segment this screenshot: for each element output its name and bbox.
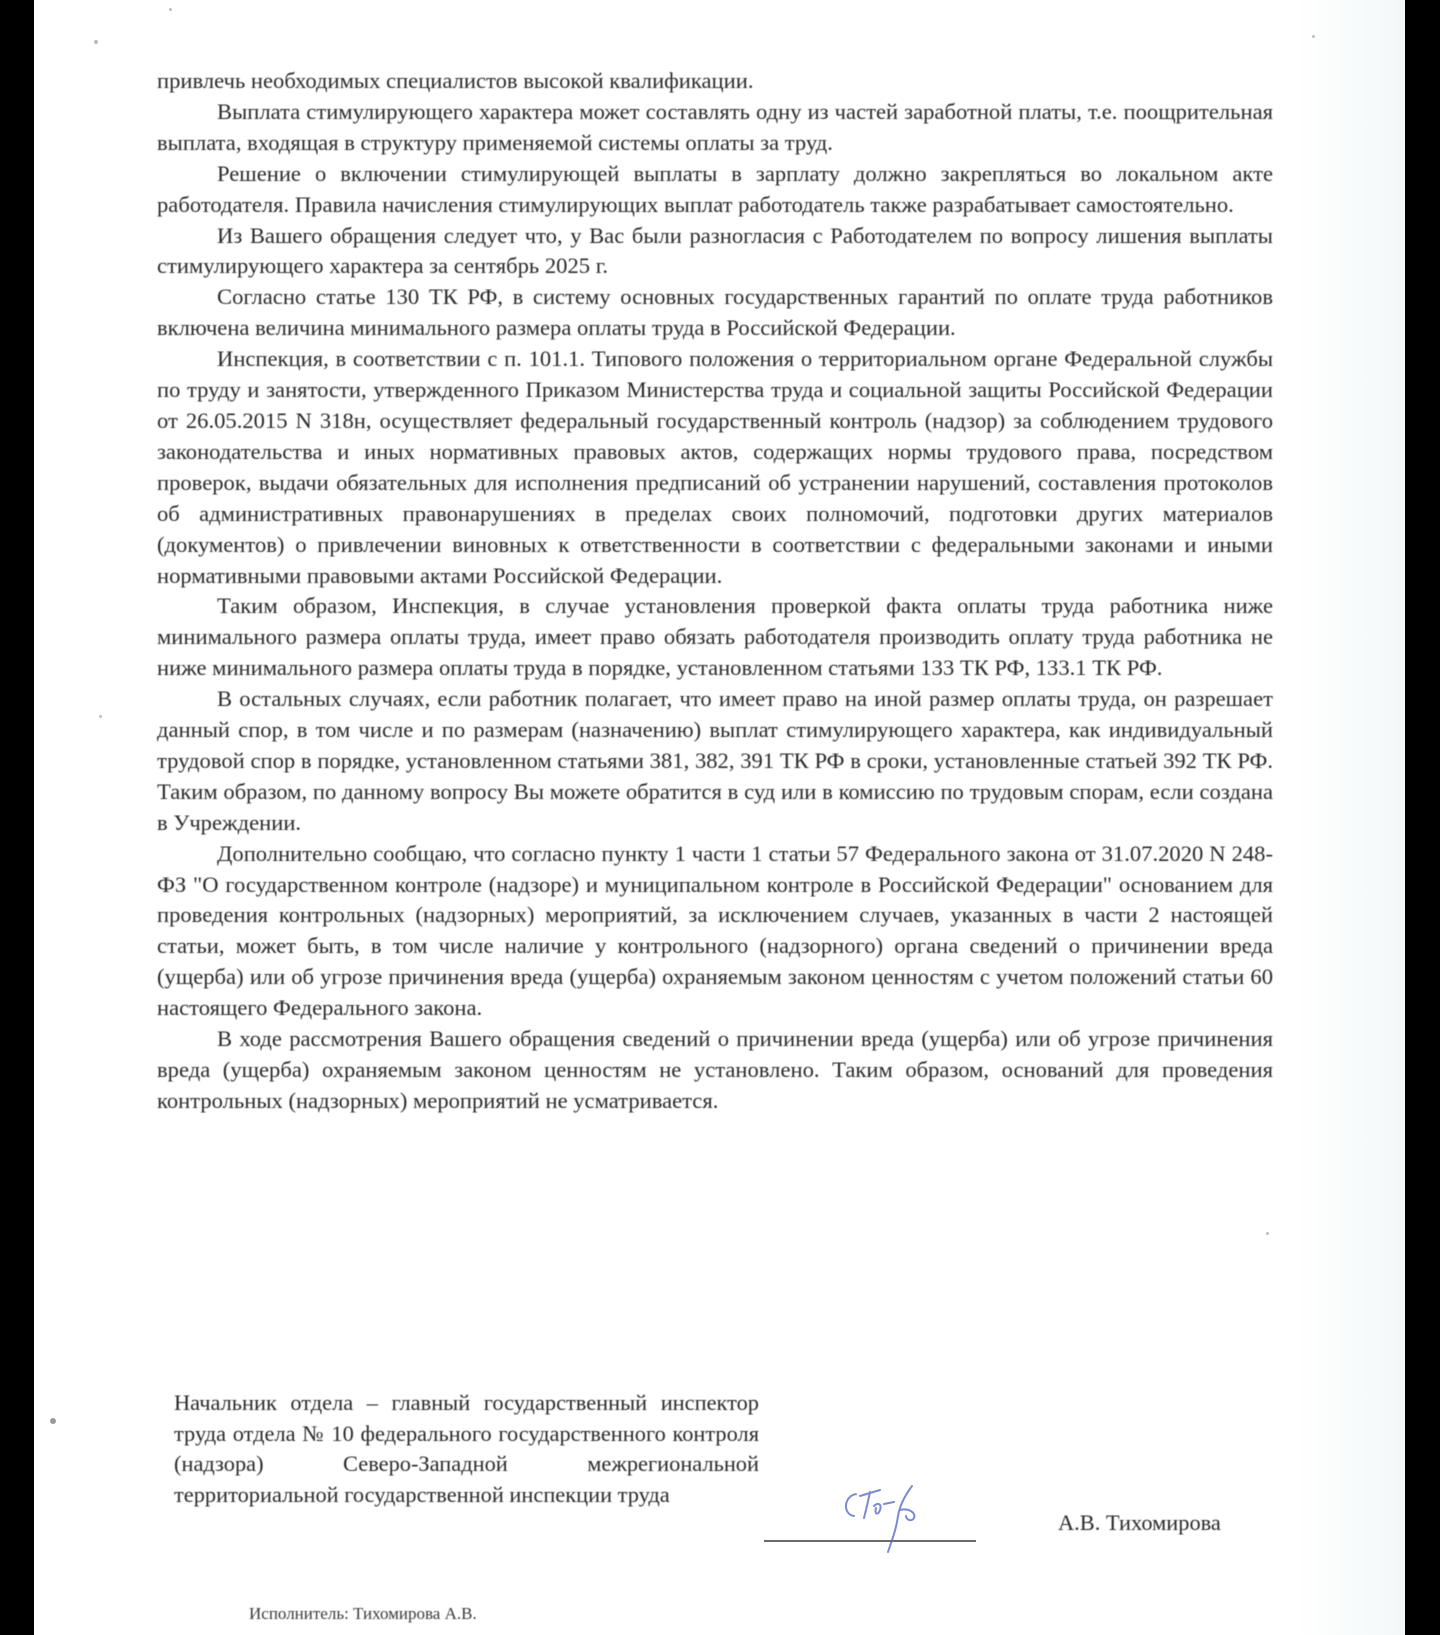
paragraph: привлечь необходимых специалистов высоко… xyxy=(157,66,1273,97)
handwritten-signature-icon xyxy=(834,1480,954,1555)
paragraph: Решение о включении стимулирующей выплат… xyxy=(157,159,1273,221)
executor-note: Исполнитель: Тихомирова А.В. xyxy=(249,1604,477,1624)
paragraph: В ходе рассмотрения Вашего обращения све… xyxy=(157,1024,1273,1117)
paragraph: Инспекция, в соответствии с п. 101.1. Ти… xyxy=(157,344,1273,591)
paragraph: Выплата стимулирующего характера может с… xyxy=(157,97,1273,159)
scan-speck xyxy=(94,40,98,44)
paragraph: В остальных случаях, если работник полаг… xyxy=(157,684,1273,839)
letter-body: привлечь необходимых специалистов высоко… xyxy=(157,66,1273,1117)
signature-line xyxy=(764,1540,976,1542)
scan-speck xyxy=(1266,1232,1269,1235)
scan-speck xyxy=(169,8,172,11)
scan-speck xyxy=(50,1418,56,1424)
scanned-page: привлечь необходимых специалистов высоко… xyxy=(34,0,1405,1635)
paragraph: Согласно статье 130 ТК РФ, в систему осн… xyxy=(157,282,1273,344)
paragraph: Из Вашего обращения следует что, у Вас б… xyxy=(157,221,1273,283)
scan-speck xyxy=(1312,35,1315,38)
scan-speck xyxy=(99,715,102,718)
signatory-name: А.В. Тихомирова xyxy=(1058,1510,1221,1536)
signatory-position: Начальник отдела – главный государственн… xyxy=(174,1388,759,1510)
paragraph: Таким образом, Инспекция, в случае устан… xyxy=(157,591,1273,684)
paragraph: Дополнительно сообщаю, что согласно пунк… xyxy=(157,839,1273,1024)
